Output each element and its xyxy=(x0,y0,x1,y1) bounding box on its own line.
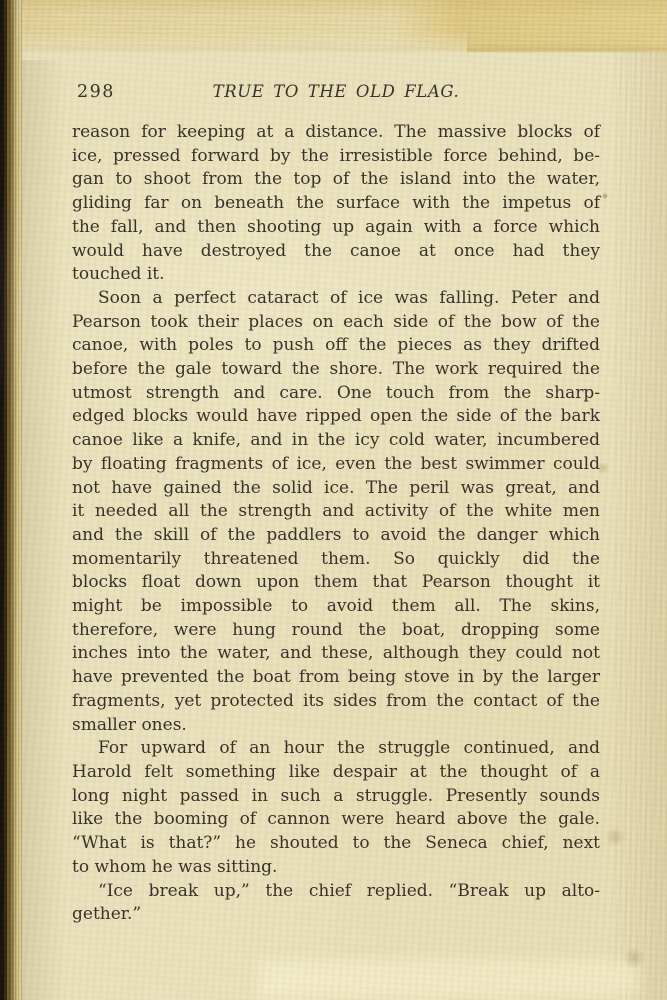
text-line: inches into the water, and these, althou… xyxy=(72,642,600,666)
paragraph: “Ice break up,” the chief replied. “Brea… xyxy=(72,880,600,927)
text-line: ice, pressed forward by the irresistible… xyxy=(72,145,600,169)
text-line: like the booming of cannon were heard ab… xyxy=(72,808,600,832)
text-line: gliding far on beneath the surface with … xyxy=(72,192,600,216)
text-line: not have gained the solid ice. The peril… xyxy=(72,477,600,501)
text-line: “Ice break up,” the chief replied. “Brea… xyxy=(72,880,600,904)
text-line: gether.” xyxy=(72,903,600,927)
text-line: smaller ones. xyxy=(72,714,600,738)
text-line: long night passed in such a struggle. Pr… xyxy=(72,785,600,809)
ink-speck xyxy=(602,192,608,200)
text-line: therefore, were hung round the boat, dro… xyxy=(72,619,600,643)
text-line: it needed all the strength and activity … xyxy=(72,500,600,524)
text-line: have prevented the boat from being stove… xyxy=(72,666,600,690)
text-line: canoe, with poles to push off the pieces… xyxy=(72,334,600,358)
paragraph: reason for keeping at a distance. The ma… xyxy=(72,121,600,287)
text-line: would have destroyed the canoe at once h… xyxy=(72,240,600,264)
page-number: 298 xyxy=(77,81,115,103)
text-line: edged blocks would have ripped open the … xyxy=(72,405,600,429)
text-line: to whom he was sitting. xyxy=(72,856,600,880)
text-line: touched it. xyxy=(72,263,600,287)
text-line: reason for keeping at a distance. The ma… xyxy=(72,121,600,145)
foxing-spot xyxy=(622,948,646,968)
text-line: might be impossible to avoid them all. T… xyxy=(72,595,600,619)
text-line: utmost strength and care. One touch from… xyxy=(72,382,600,406)
foxing-spot xyxy=(604,828,626,846)
page-body: reason for keeping at a distance. The ma… xyxy=(72,121,600,927)
text-line: Soon a perfect cataract of ice was falli… xyxy=(72,287,600,311)
text-line: before the gale toward the shore. The wo… xyxy=(72,358,600,382)
text-line: gan to shoot from the top of the island … xyxy=(72,168,600,192)
scan-light-band xyxy=(258,960,639,998)
text-line: Harold felt something like despair at th… xyxy=(72,761,600,785)
text-line: and the skill of the paddlers to avoid t… xyxy=(72,524,600,548)
text-line: momentarily threatened them. So quickly … xyxy=(72,548,600,572)
scanned-book-page: { "colors": { "paper": "#eae1bc", "paper… xyxy=(0,0,667,1000)
text-line: For upward of an hour the struggle conti… xyxy=(72,737,600,761)
text-line: by floating fragments of ice, even the b… xyxy=(72,453,600,477)
page-header: 298 TRUE TO THE OLD FLAG. xyxy=(72,81,600,105)
page-right-edge-shade xyxy=(615,0,667,1000)
text-line: fragments, yet protected its sides from … xyxy=(72,690,600,714)
paragraph: For upward of an hour the struggle conti… xyxy=(72,737,600,879)
text-line: blocks float down upon them that Pearson… xyxy=(72,571,600,595)
paragraph: Soon a perfect cataract of ice was falli… xyxy=(72,287,600,737)
book-binding-gutter xyxy=(0,0,24,1000)
running-title: TRUE TO THE OLD FLAG. xyxy=(72,81,600,103)
text-line: canoe like a knife, and in the icy cold … xyxy=(72,429,600,453)
text-line: Pearson took their places on each side o… xyxy=(72,311,600,335)
page-top-edge-fade xyxy=(12,30,467,60)
text-line: the fall, and then shooting up again wit… xyxy=(72,216,600,240)
text-line: “What is that?” he shouted to the Seneca… xyxy=(72,832,600,856)
gutter-shadow xyxy=(20,0,66,1000)
